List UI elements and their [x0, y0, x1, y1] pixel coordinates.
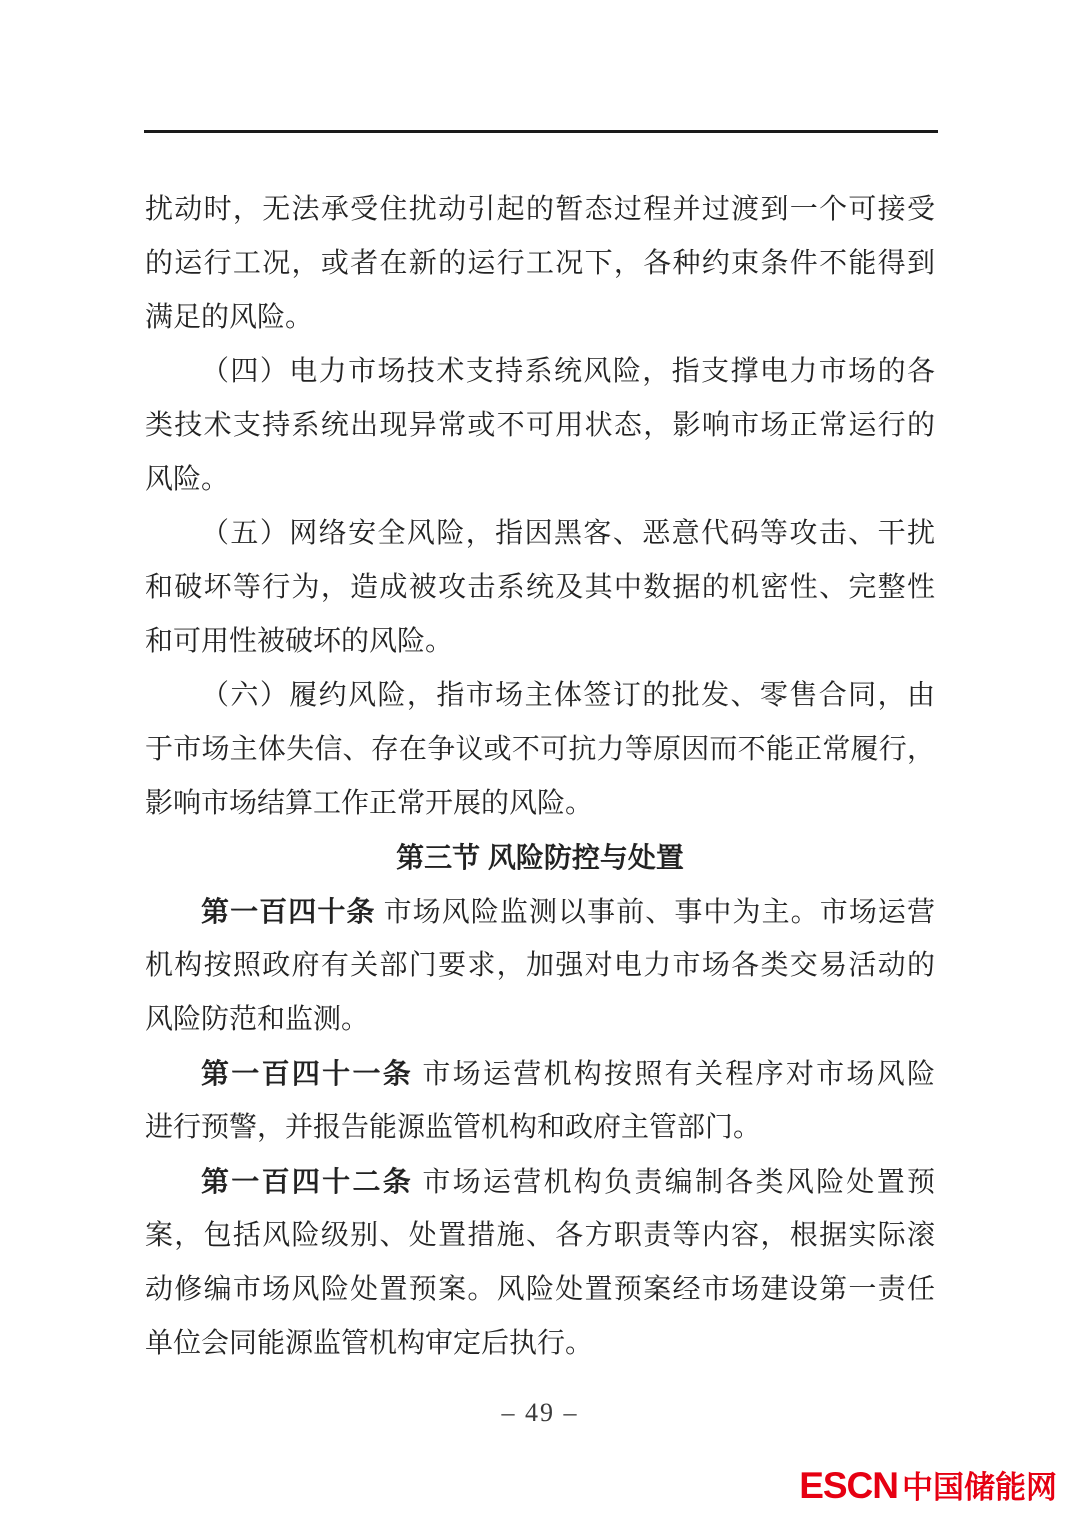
text-segment: 类技术支持系统出现异常或不可用状态，影响市场正常运行的 [145, 410, 935, 441]
text-line: 和可用性被破坏的风险。 [145, 615, 935, 669]
text-segment: 单位会同能源监管机构审定后执行。 [145, 1328, 593, 1359]
article-number: 第一百四十二条 [201, 1166, 413, 1197]
text-segment: 市场风险监测以事前、事中为主。市场运营 [375, 897, 935, 928]
text-line: 第一百四十条 市场风险监测以事前、事中为主。市场运营 [145, 885, 935, 939]
escn-logo-chinese: 中国储能网 [902, 1462, 1057, 1507]
text-segment: 市场运营机构按照有关程序对市场风险 [413, 1059, 935, 1090]
text-line: 案，包括风险级别、处置措施、各方职责等内容，根据实际滚 [145, 1209, 935, 1263]
text-line: 扰动时，无法承受住扰动引起的暂态过程并过渡到一个可接受 [145, 183, 935, 237]
text-line: 单位会同能源监管机构审定后执行。 [145, 1317, 935, 1371]
text-segment: 机构按照政府有关部门要求，加强对电力市场各类交易活动的 [145, 950, 935, 981]
document-page: 扰动时，无法承受住扰动引起的暂态过程并过渡到一个可接受的运行工况，或者在新的运行… [0, 0, 1080, 1527]
text-line: 风险。 [145, 453, 935, 507]
text-line: 第一百四十一条 市场运营机构按照有关程序对市场风险 [145, 1047, 935, 1101]
text-line: 的运行工况，或者在新的运行工况下，各种约束条件不能得到 [145, 237, 935, 291]
text-segment: 和破坏等行为，造成被攻击系统及其中数据的机密性、完整性 [145, 572, 935, 603]
text-segment: 于市场主体失信、存在争议或不可抗力等原因而不能正常履行， [145, 734, 935, 765]
section-heading: 第三节 风险防控与处置 [145, 831, 935, 885]
text-segment: 的运行工况，或者在新的运行工况下，各种约束条件不能得到 [145, 248, 935, 279]
text-segment: （五）网络安全风险，指因黑客、恶意代码等攻击、干扰 [201, 518, 935, 549]
escn-logo: ESCN 中国储能网 [799, 1462, 1057, 1507]
text-segment: 风险。 [145, 464, 229, 495]
text-segment: 风险防范和监测。 [145, 1004, 369, 1035]
text-line: （四）电力市场技术支持系统风险，指支撑电力市场的各 [145, 345, 935, 399]
escn-logo-latin: ESCN [799, 1465, 898, 1507]
text-segment: 案，包括风险级别、处置措施、各方职责等内容，根据实际滚 [145, 1220, 935, 1251]
text-line: 机构按照政府有关部门要求，加强对电力市场各类交易活动的 [145, 939, 935, 993]
text-line: 进行预警，并报告能源监管机构和政府主管部门。 [145, 1101, 935, 1155]
text-segment: 和可用性被破坏的风险。 [145, 626, 453, 657]
text-line: 影响市场结算工作正常开展的风险。 [145, 777, 935, 831]
text-line: 第一百四十二条 市场运营机构负责编制各类风险处置预 [145, 1155, 935, 1209]
document-body: 扰动时，无法承受住扰动引起的暂态过程并过渡到一个可接受的运行工况，或者在新的运行… [145, 183, 935, 1371]
text-line: 动修编市场风险处置预案。风险处置预案经市场建设第一责任 [145, 1263, 935, 1317]
text-segment: 满足的风险。 [145, 302, 313, 333]
text-segment: 动修编市场风险处置预案。风险处置预案经市场建设第一责任 [145, 1274, 935, 1305]
article-number: 第三节 风险防控与处置 [396, 842, 684, 873]
text-line: 类技术支持系统出现异常或不可用状态，影响市场正常运行的 [145, 399, 935, 453]
text-line: （六）履约风险，指市场主体签订的批发、零售合同，由 [145, 669, 935, 723]
text-line: 于市场主体失信、存在争议或不可抗力等原因而不能正常履行， [145, 723, 935, 777]
header-rule [144, 130, 938, 133]
text-line: 和破坏等行为，造成被攻击系统及其中数据的机密性、完整性 [145, 561, 935, 615]
article-number: 第一百四十一条 [201, 1058, 413, 1089]
text-line: 满足的风险。 [145, 291, 935, 345]
text-segment: 市场运营机构负责编制各类风险处置预 [413, 1167, 935, 1198]
text-segment: 影响市场结算工作正常开展的风险。 [145, 788, 593, 819]
text-line: （五）网络安全风险，指因黑客、恶意代码等攻击、干扰 [145, 507, 935, 561]
text-segment: （四）电力市场技术支持系统风险，指支撑电力市场的各 [201, 356, 935, 387]
text-segment: 扰动时，无法承受住扰动引起的暂态过程并过渡到一个可接受 [145, 194, 935, 225]
text-segment: （六）履约风险，指市场主体签订的批发、零售合同，由 [201, 680, 935, 711]
page-number: – 49 – [145, 1398, 935, 1428]
text-segment: 进行预警，并报告能源监管机构和政府主管部门。 [145, 1112, 761, 1143]
text-line: 风险防范和监测。 [145, 993, 935, 1047]
article-number: 第一百四十条 [201, 896, 375, 927]
